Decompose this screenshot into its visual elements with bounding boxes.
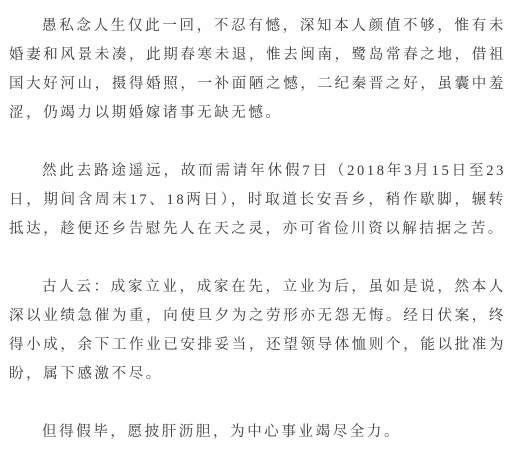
document-page: 愚私念人生仅此一回，不忍有憾，深知本人颜值不够，惟有未婚妻和风景未凑，此期春寒未… (0, 0, 515, 469)
paragraph-2: 然此去路途遥远，故而需请年休假7日（2018年3月15日至23日，期间含周末17… (9, 157, 506, 244)
paragraph-4: 但得假毕，愿披肝沥胆，为中心事业竭尽全力。 (9, 418, 506, 447)
paragraph-3: 古人云：成家立业，成家在先，立业为后，虽如是说，然本人深以业绩急催为重，向使旦夕… (9, 273, 506, 389)
paragraph-1: 愚私念人生仅此一回，不忍有憾，深知本人颜值不够，惟有未婚妻和风景未凑，此期春寒未… (9, 12, 506, 128)
